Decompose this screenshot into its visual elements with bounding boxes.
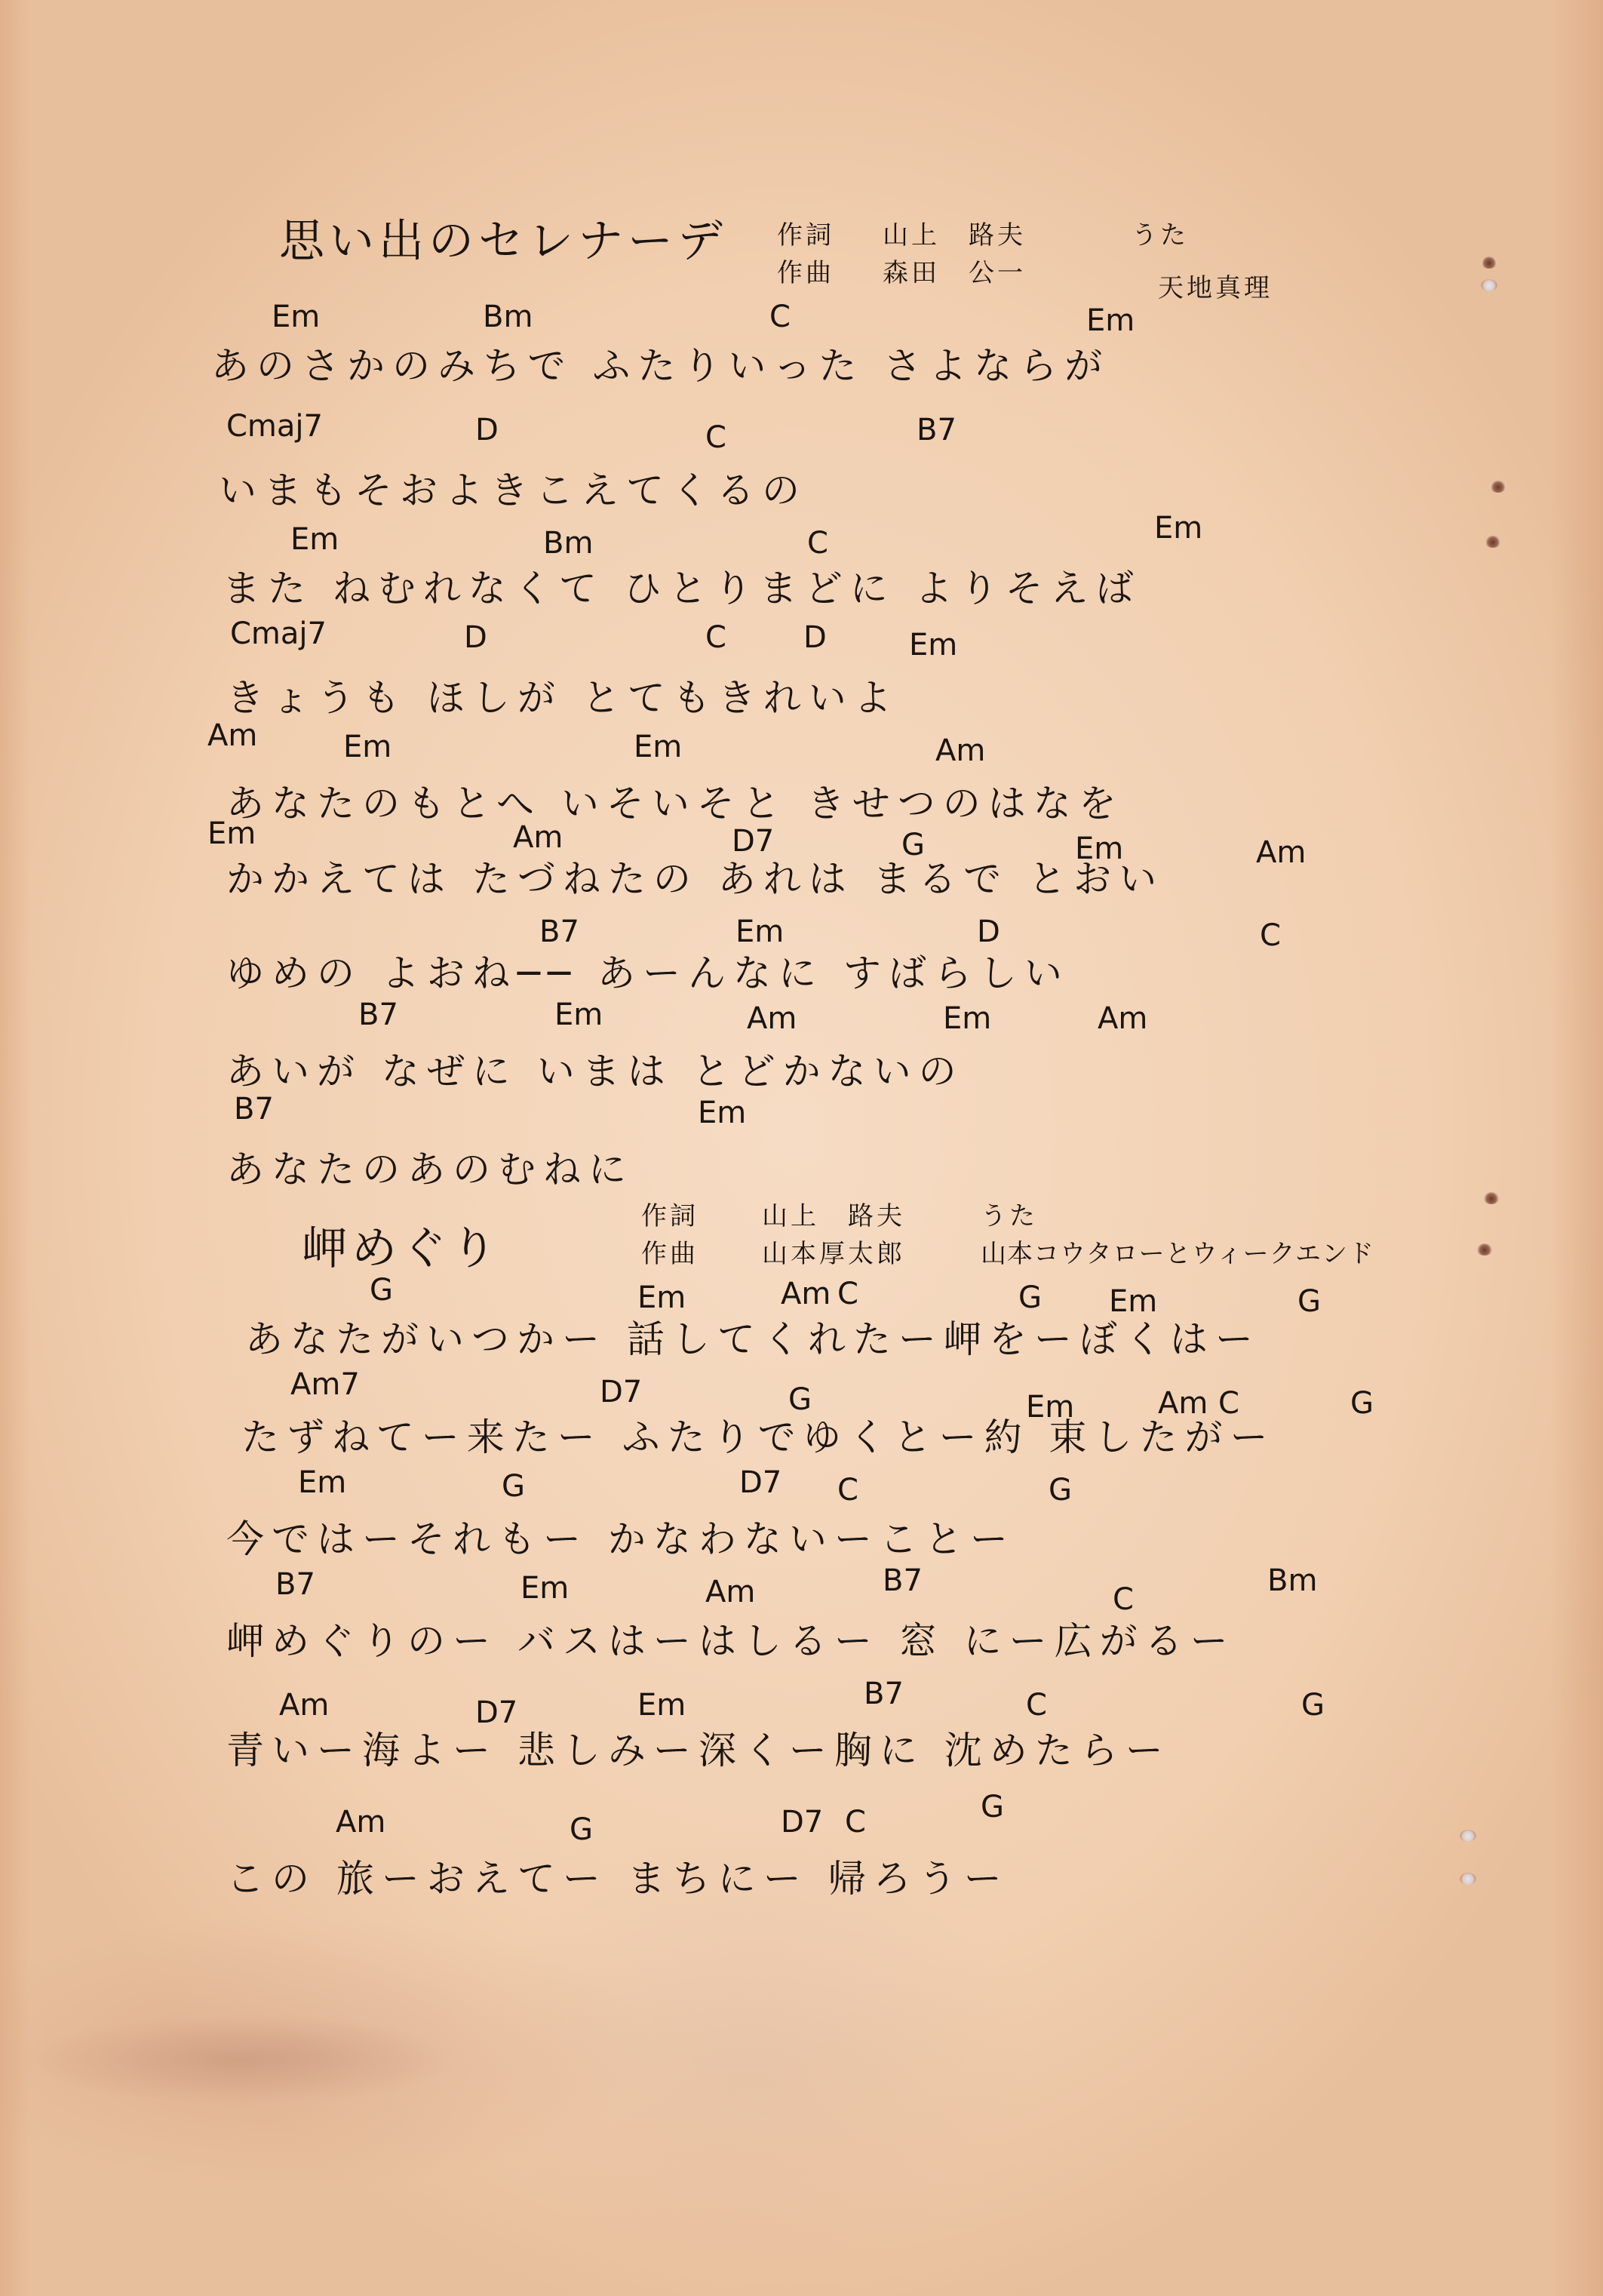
chord: Em [943,1004,991,1034]
lyricist: 山上 路夫 [762,1203,905,1229]
chord: G [901,830,925,860]
chord: C [1026,1690,1047,1720]
lyric-line: ゆめの よおね── あーんなに すばらしい [226,954,1070,992]
song-title: 思い出のセレナーデ [279,219,727,264]
chord: D7 [739,1468,782,1498]
punch-hole [1481,279,1497,291]
chord: D7 [600,1377,642,1407]
punch-hole [1483,1192,1500,1204]
chord: Am [1158,1388,1208,1418]
lyricist: 山上 路夫 [883,223,1026,248]
chord: G [370,1275,393,1305]
chord: Em [735,917,784,947]
chord: G [570,1815,593,1845]
lyrics-label: 作詞 [641,1203,699,1229]
chord: Am [705,1577,755,1607]
chord: Am [513,822,563,853]
chord: B7 [864,1679,904,1709]
lyric-line: きょうも ほしが とてもきれいよ [226,679,899,717]
chord: G [981,1792,1004,1822]
chord: Em [207,819,256,849]
lyric-line: また ねむれなくて ひとりまどに よりそえば [223,570,1141,607]
chord: B7 [917,415,957,445]
chord: D [803,622,827,653]
chord: G [1018,1283,1042,1313]
chord: G [788,1385,812,1415]
chord: B7 [275,1569,315,1600]
paper-edge-left [0,0,30,2296]
punch-hole [1460,1830,1476,1842]
chord: D [977,917,1000,947]
composer: 山本厚太郎 [762,1241,905,1267]
chord: C [807,528,828,558]
chord: D [475,415,499,445]
lyric-line: あのさかのみちで ふたりいった さよならが [211,347,1110,385]
chord: B7 [883,1566,923,1596]
lyric-line: いまもそおよきこえてくるの [219,472,807,509]
lyric-line: 岬めぐりのー バスはーはしるー 窓 にー広がるー [226,1622,1236,1660]
chord: C [837,1475,858,1505]
lyric-line: あいが なぜに いまは とどかないの [226,1053,964,1090]
singer: 山本コウタローとウィークエンド [981,1241,1374,1267]
music-label: 作曲 [641,1241,699,1267]
punch-hole [1485,536,1501,548]
chord: Bm [1267,1566,1317,1596]
lyric-line: 今ではーそれもー かなわないーことー [226,1520,1015,1558]
lyric-line: あなたのあのむねに [226,1151,634,1188]
chord: D7 [781,1807,823,1837]
music-label: 作曲 [777,260,834,286]
chord: G [1049,1475,1072,1505]
chord: Cmaj7 [230,619,327,649]
chord: Am [1098,1004,1147,1034]
chord: Em [637,1690,686,1720]
chord: Em [298,1468,346,1498]
chord: B7 [358,1000,398,1030]
chord: D7 [475,1698,517,1728]
chord: Am [336,1807,385,1837]
lyric-line: この 旅ーおえてー まちにー 帰ろうー [226,1860,1009,1898]
punch-hole [1481,257,1497,269]
punch-hole [1460,1873,1476,1885]
lyric-line: たずねてー来たー ふたりでゆくとー約 束したがー [241,1418,1276,1456]
chord: Cmaj7 [226,411,323,441]
singer: 天地真理 [1158,275,1273,301]
chord: C [845,1807,866,1837]
chord: G [1350,1388,1374,1418]
chord: B7 [539,917,579,947]
chord: Bm [543,528,593,558]
chord: Bm [483,302,533,332]
chord: Em [343,732,392,762]
lyric-line: あなたがいつかー 話してくれたー岬をーぼくはー [245,1320,1261,1358]
chord: Em [637,1283,686,1313]
chord: Em [1154,513,1202,543]
chord: Em [1109,1286,1157,1317]
chord: C [837,1279,858,1309]
lyric-line: 青いー海よー 悲しみー深くー胸に 沈めたらー [226,1732,1171,1769]
chord: Em [290,524,339,555]
chord: G [1297,1286,1321,1317]
chord: C [705,423,726,453]
chord: B7 [234,1094,274,1124]
chord: Em [1086,306,1135,336]
chord: C [705,622,726,653]
chord: Em [634,732,682,762]
chord: C [1218,1388,1239,1418]
chord: Am [207,721,257,751]
chord: Am [279,1690,329,1720]
water-stain [23,2015,460,2105]
chord: G [1301,1690,1325,1720]
chord: Em [521,1573,569,1603]
chord: Em [272,302,320,332]
chord: Am [935,736,985,766]
lyric-line: かかえては たづねたの あれは まるで とおい [226,860,1164,898]
chord: C [1113,1584,1134,1615]
chord: Am [747,1004,797,1034]
chord: Em [909,630,957,660]
chord: D7 [732,826,774,856]
chord: C [1260,921,1281,951]
lyric-line: あなたのもとへ いそいそと きせつのはなを [226,785,1124,822]
chord: D [464,622,487,653]
chord: Em [554,1000,603,1030]
punch-hole [1476,1243,1493,1256]
chord: G [502,1471,525,1501]
chord: Em [698,1098,746,1128]
punch-hole [1490,481,1506,493]
song-title: 岬めぐり [302,1226,501,1271]
chord: Am7 [290,1369,360,1400]
singer-label: うた [981,1203,1038,1229]
paper-edge-right [1550,0,1603,2296]
chord: Am [1256,838,1306,868]
chord: C [769,302,791,332]
composer: 森田 公一 [883,260,1026,286]
singer-label: うた [1132,223,1189,248]
lyrics-label: 作詞 [777,223,834,248]
chord: Am [781,1279,831,1309]
